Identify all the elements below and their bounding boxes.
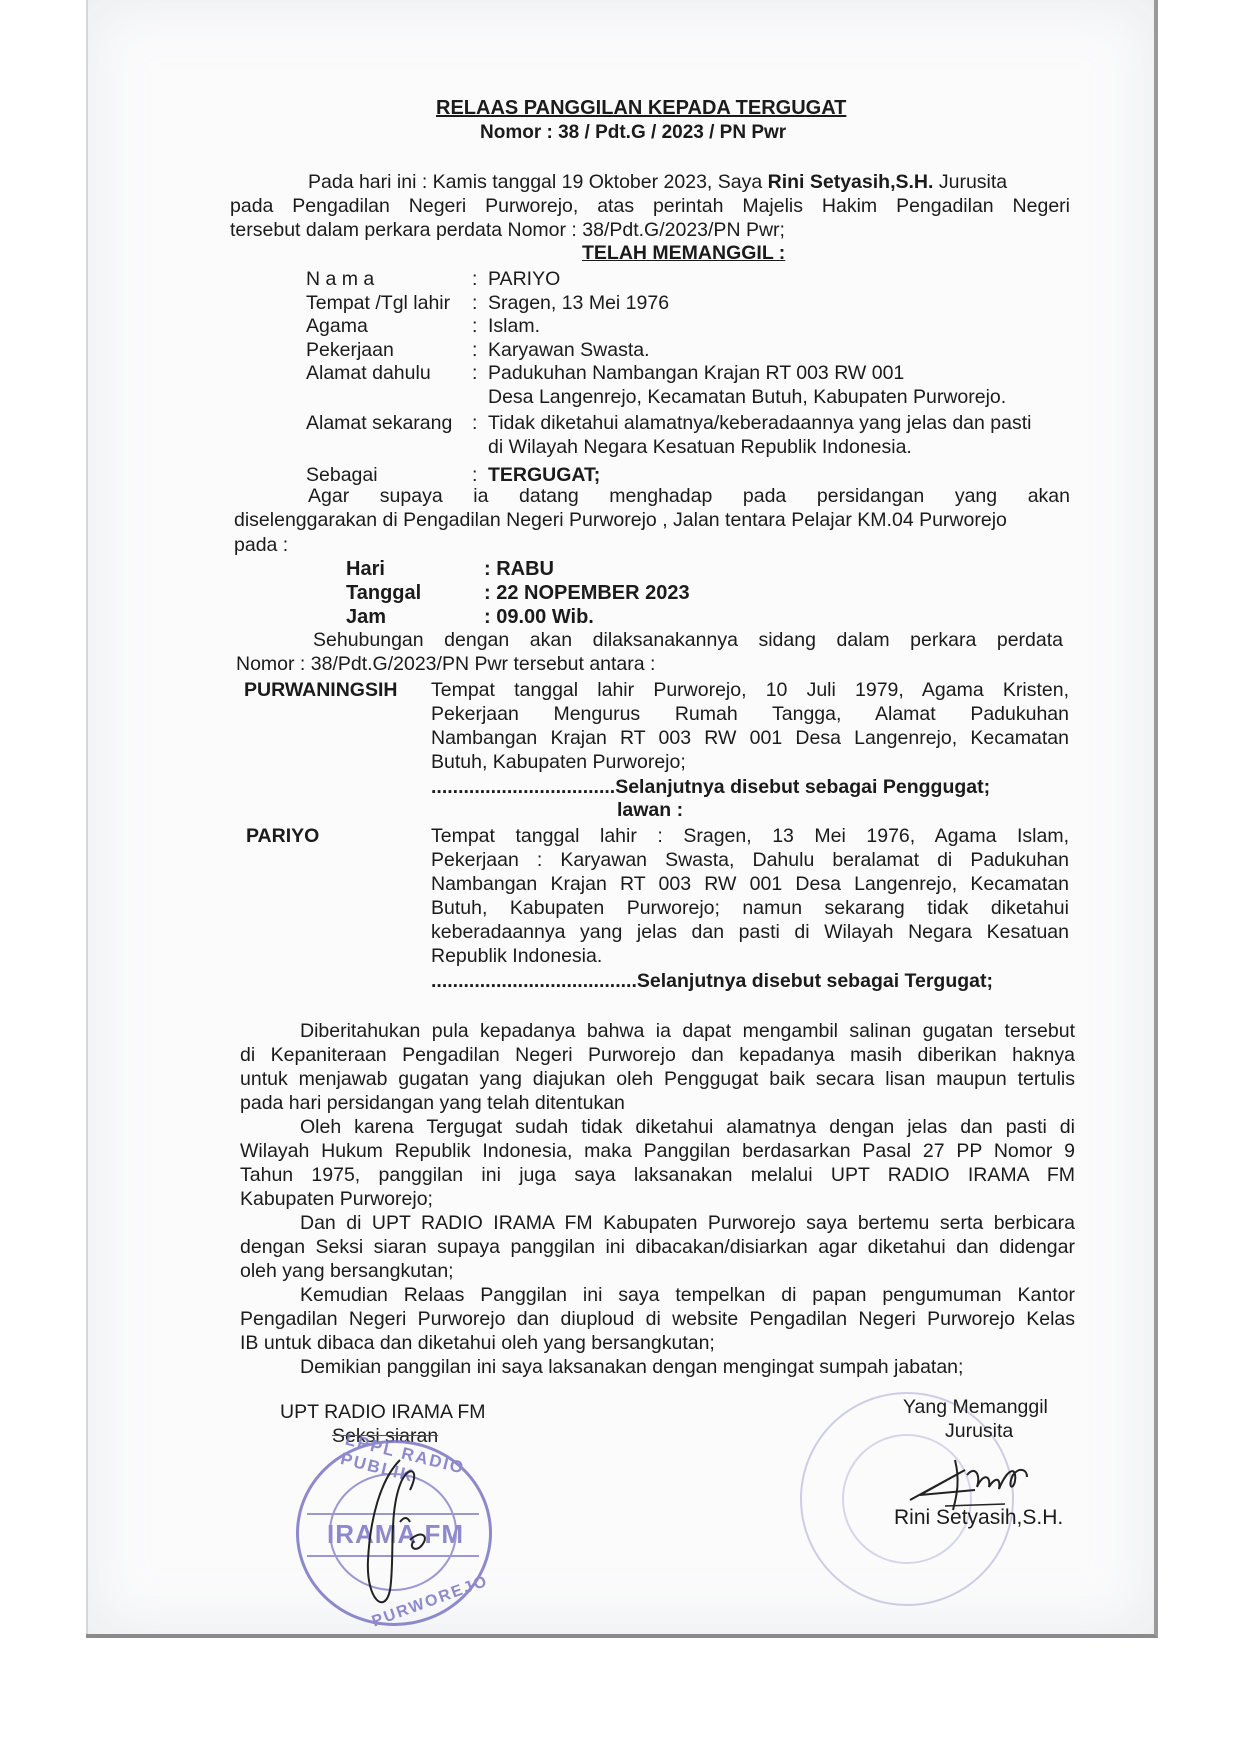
case-number: Nomor : 38 / Pdt.G / 2023 / PN Pwr bbox=[480, 121, 786, 145]
identity-value: Tidak diketahui alamatnya/keberadaannya … bbox=[488, 412, 1031, 436]
defendant-line: keberadaannya yang jelas dan pasti di Wi… bbox=[431, 920, 1069, 944]
plaintiff-role-line: ..................................Selanj… bbox=[431, 775, 990, 799]
defendant-role-line: ......................................Se… bbox=[431, 969, 993, 993]
identity-row-alamat-sekarang: Alamat sekarang:Tidak diketahui alamatny… bbox=[306, 412, 1031, 436]
para4-line: Kemudian Relaas Panggilan ini saya tempe… bbox=[300, 1283, 1075, 1307]
plaintiff-line: Butuh, Kabupaten Purworejo; bbox=[431, 750, 686, 774]
plaintiff-name: PURWANINGSIH bbox=[244, 678, 398, 702]
para3-line: oleh yang bersangkutan; bbox=[240, 1259, 454, 1283]
plaintiff-line: Nambangan Krajan RT 003 RW 001 Desa Lang… bbox=[431, 726, 1069, 750]
identity-row-nama: N a m a:PARIYO bbox=[306, 268, 1031, 292]
hearing-schedule: Hari: RABU Tanggal: 22 NOPEMBER 2023 Jam… bbox=[346, 557, 690, 629]
identity-value: Desa Langenrejo, Kecamatan Butuh, Kabupa… bbox=[488, 386, 1006, 410]
identity-row-alamat-dahulu-cont: Desa Langenrejo, Kecamatan Butuh, Kabupa… bbox=[306, 386, 1031, 410]
para5-line: Demikian panggilan ini saya laksanakan d… bbox=[300, 1355, 963, 1379]
schedule-row-hari: Hari: RABU bbox=[346, 557, 690, 581]
para2-line: Kabupaten Purworejo; bbox=[240, 1187, 433, 1211]
identity-row-ttl: Tempat /Tgl lahir:Sragen, 13 Mei 1976 bbox=[306, 292, 1031, 316]
schedule-row-tanggal: Tanggal: 22 NOPEMBER 2023 bbox=[346, 581, 690, 605]
identity-value: di Wilayah Negara Kesatuan Republik Indo… bbox=[488, 436, 912, 460]
intro-text-post: Jurusita bbox=[933, 171, 1007, 193]
plaintiff-line: Pekerjaan Mengurus Rumah Tangga, Alamat … bbox=[431, 702, 1069, 726]
intro-line-3: tersebut dalam perkara perdata Nomor : 3… bbox=[230, 218, 785, 242]
para3-line: Dan di UPT RADIO IRAMA FM Kabupaten Purw… bbox=[300, 1211, 1075, 1235]
defendant-line: Nambangan Krajan RT 003 RW 001 Desa Lang… bbox=[431, 872, 1069, 896]
para4-line: Pengadilan Negeri Purworejo dan diuploud… bbox=[240, 1307, 1075, 1331]
dots: ...................................... bbox=[431, 970, 637, 992]
para3-line: dengan Seksi siaran supaya panggilan ini… bbox=[240, 1235, 1075, 1259]
para2-line: Tahun 1975, panggilan ini juga saya laks… bbox=[240, 1163, 1075, 1187]
identity-value: Sragen, 13 Mei 1976 bbox=[488, 292, 669, 316]
defendant-line: Republik Indonesia. bbox=[431, 944, 602, 968]
identity-label: Alamat sekarang bbox=[306, 412, 472, 436]
schedule-value: : RABU bbox=[484, 558, 554, 580]
para4-line: IB untuk dibaca dan diketahui oleh yang … bbox=[240, 1331, 715, 1355]
schedule-value: : 22 NOPEMBER 2023 bbox=[484, 582, 690, 604]
para1-line: di Kepaniteraan Pengadilan Negeri Purwor… bbox=[240, 1043, 1075, 1067]
identity-value: PARIYO bbox=[488, 268, 560, 292]
para2-line: Wilayah Hukum Republik Indonesia, maka P… bbox=[240, 1139, 1075, 1163]
plaintiff-line: Tempat tanggal lahir Purworejo, 10 Juli … bbox=[431, 678, 1069, 702]
radio-org-label: UPT RADIO IRAMA FM bbox=[280, 1400, 486, 1424]
identity-value: Islam. bbox=[488, 315, 540, 339]
intro-line-1: Pada hari ini : Kamis tanggal 19 Oktober… bbox=[308, 170, 1007, 194]
identity-row-alamat-dahulu: Alamat dahulu:Padukuhan Nambangan Krajan… bbox=[306, 362, 1031, 386]
telah-memanggil-heading: TELAH MEMANGGIL : bbox=[582, 241, 785, 265]
schedule-label: Jam bbox=[346, 605, 484, 629]
plaintiff-role: Selanjutnya disebut sebagai Penggugat; bbox=[615, 776, 990, 798]
identity-value: Padukuhan Nambangan Krajan RT 003 RW 001 bbox=[488, 362, 904, 386]
dots: .................................. bbox=[431, 776, 615, 798]
page-edge bbox=[86, 0, 88, 1634]
identity-row-alamat-sekarang-cont: di Wilayah Negara Kesatuan Republik Indo… bbox=[306, 436, 1031, 460]
sehubungan-line-1: Sehubungan dengan akan dilaksanakannya s… bbox=[313, 628, 1063, 652]
document-title: RELAAS PANGGILAN KEPADA TERGUGAT bbox=[436, 96, 846, 120]
sehubungan-line-2: Nomor : 38/Pdt.G/2023/PN Pwr tersebut an… bbox=[236, 652, 655, 676]
schedule-value: : 09.00 Wib. bbox=[484, 606, 594, 628]
radio-signature-icon bbox=[340, 1450, 450, 1620]
agar-line-3: pada : bbox=[234, 533, 288, 557]
identity-label: Pekerjaan bbox=[306, 339, 472, 363]
bailiff-name: Rini Setyasih,S.H. bbox=[768, 171, 934, 193]
schedule-row-jam: Jam: 09.00 Wib. bbox=[346, 605, 690, 629]
identity-value: Karyawan Swasta. bbox=[488, 339, 650, 363]
para1-line: Diberitahukan pula kepadanya bahwa ia da… bbox=[300, 1019, 1075, 1043]
agar-line-2: diselenggarakan di Pengadilan Negeri Pur… bbox=[234, 508, 1007, 532]
identity-label: Agama bbox=[306, 315, 472, 339]
agar-line-1: Agar supaya ia datang menghadap pada per… bbox=[308, 484, 1070, 508]
identity-row-agama: Agama:Islam. bbox=[306, 315, 1031, 339]
lawan-label: lawan : bbox=[617, 798, 683, 822]
summoner-caption: Yang Memanggil bbox=[903, 1395, 1048, 1419]
para1-line: pada hari persidangan yang telah ditentu… bbox=[240, 1091, 625, 1115]
defendant-name: PARIYO bbox=[246, 824, 319, 848]
defendant-role: Selanjutnya disebut sebagai Tergugat; bbox=[637, 970, 993, 992]
identity-label: Alamat dahulu bbox=[306, 362, 472, 386]
defendant-identity: N a m a:PARIYO Tempat /Tgl lahir:Sragen,… bbox=[306, 268, 1031, 488]
defendant-line: Butuh, Kabupaten Purworejo; namun sekara… bbox=[431, 896, 1069, 920]
defendant-line: Pekerjaan : Karyawan Swasta, Dahulu bera… bbox=[431, 848, 1069, 872]
identity-row-pekerjaan: Pekerjaan:Karyawan Swasta. bbox=[306, 339, 1031, 363]
intro-text: Pada hari ini : Kamis tanggal 19 Oktober… bbox=[308, 171, 768, 193]
identity-label: Tempat /Tgl lahir bbox=[306, 292, 472, 316]
para1-line: untuk menjawab gugatan yang diajukan ole… bbox=[240, 1067, 1075, 1091]
intro-line-2: pada Pengadilan Negeri Purworejo, atas p… bbox=[230, 194, 1070, 218]
identity-label: N a m a bbox=[306, 268, 472, 292]
bailiff-signature-name: Rini Setyasih,S.H. bbox=[894, 1506, 1063, 1530]
schedule-label: Tanggal bbox=[346, 581, 484, 605]
para2-line: Oleh karena Tergugat sudah tidak diketah… bbox=[300, 1115, 1075, 1139]
schedule-label: Hari bbox=[346, 557, 484, 581]
defendant-line: Tempat tanggal lahir : Sragen, 13 Mei 19… bbox=[431, 824, 1069, 848]
